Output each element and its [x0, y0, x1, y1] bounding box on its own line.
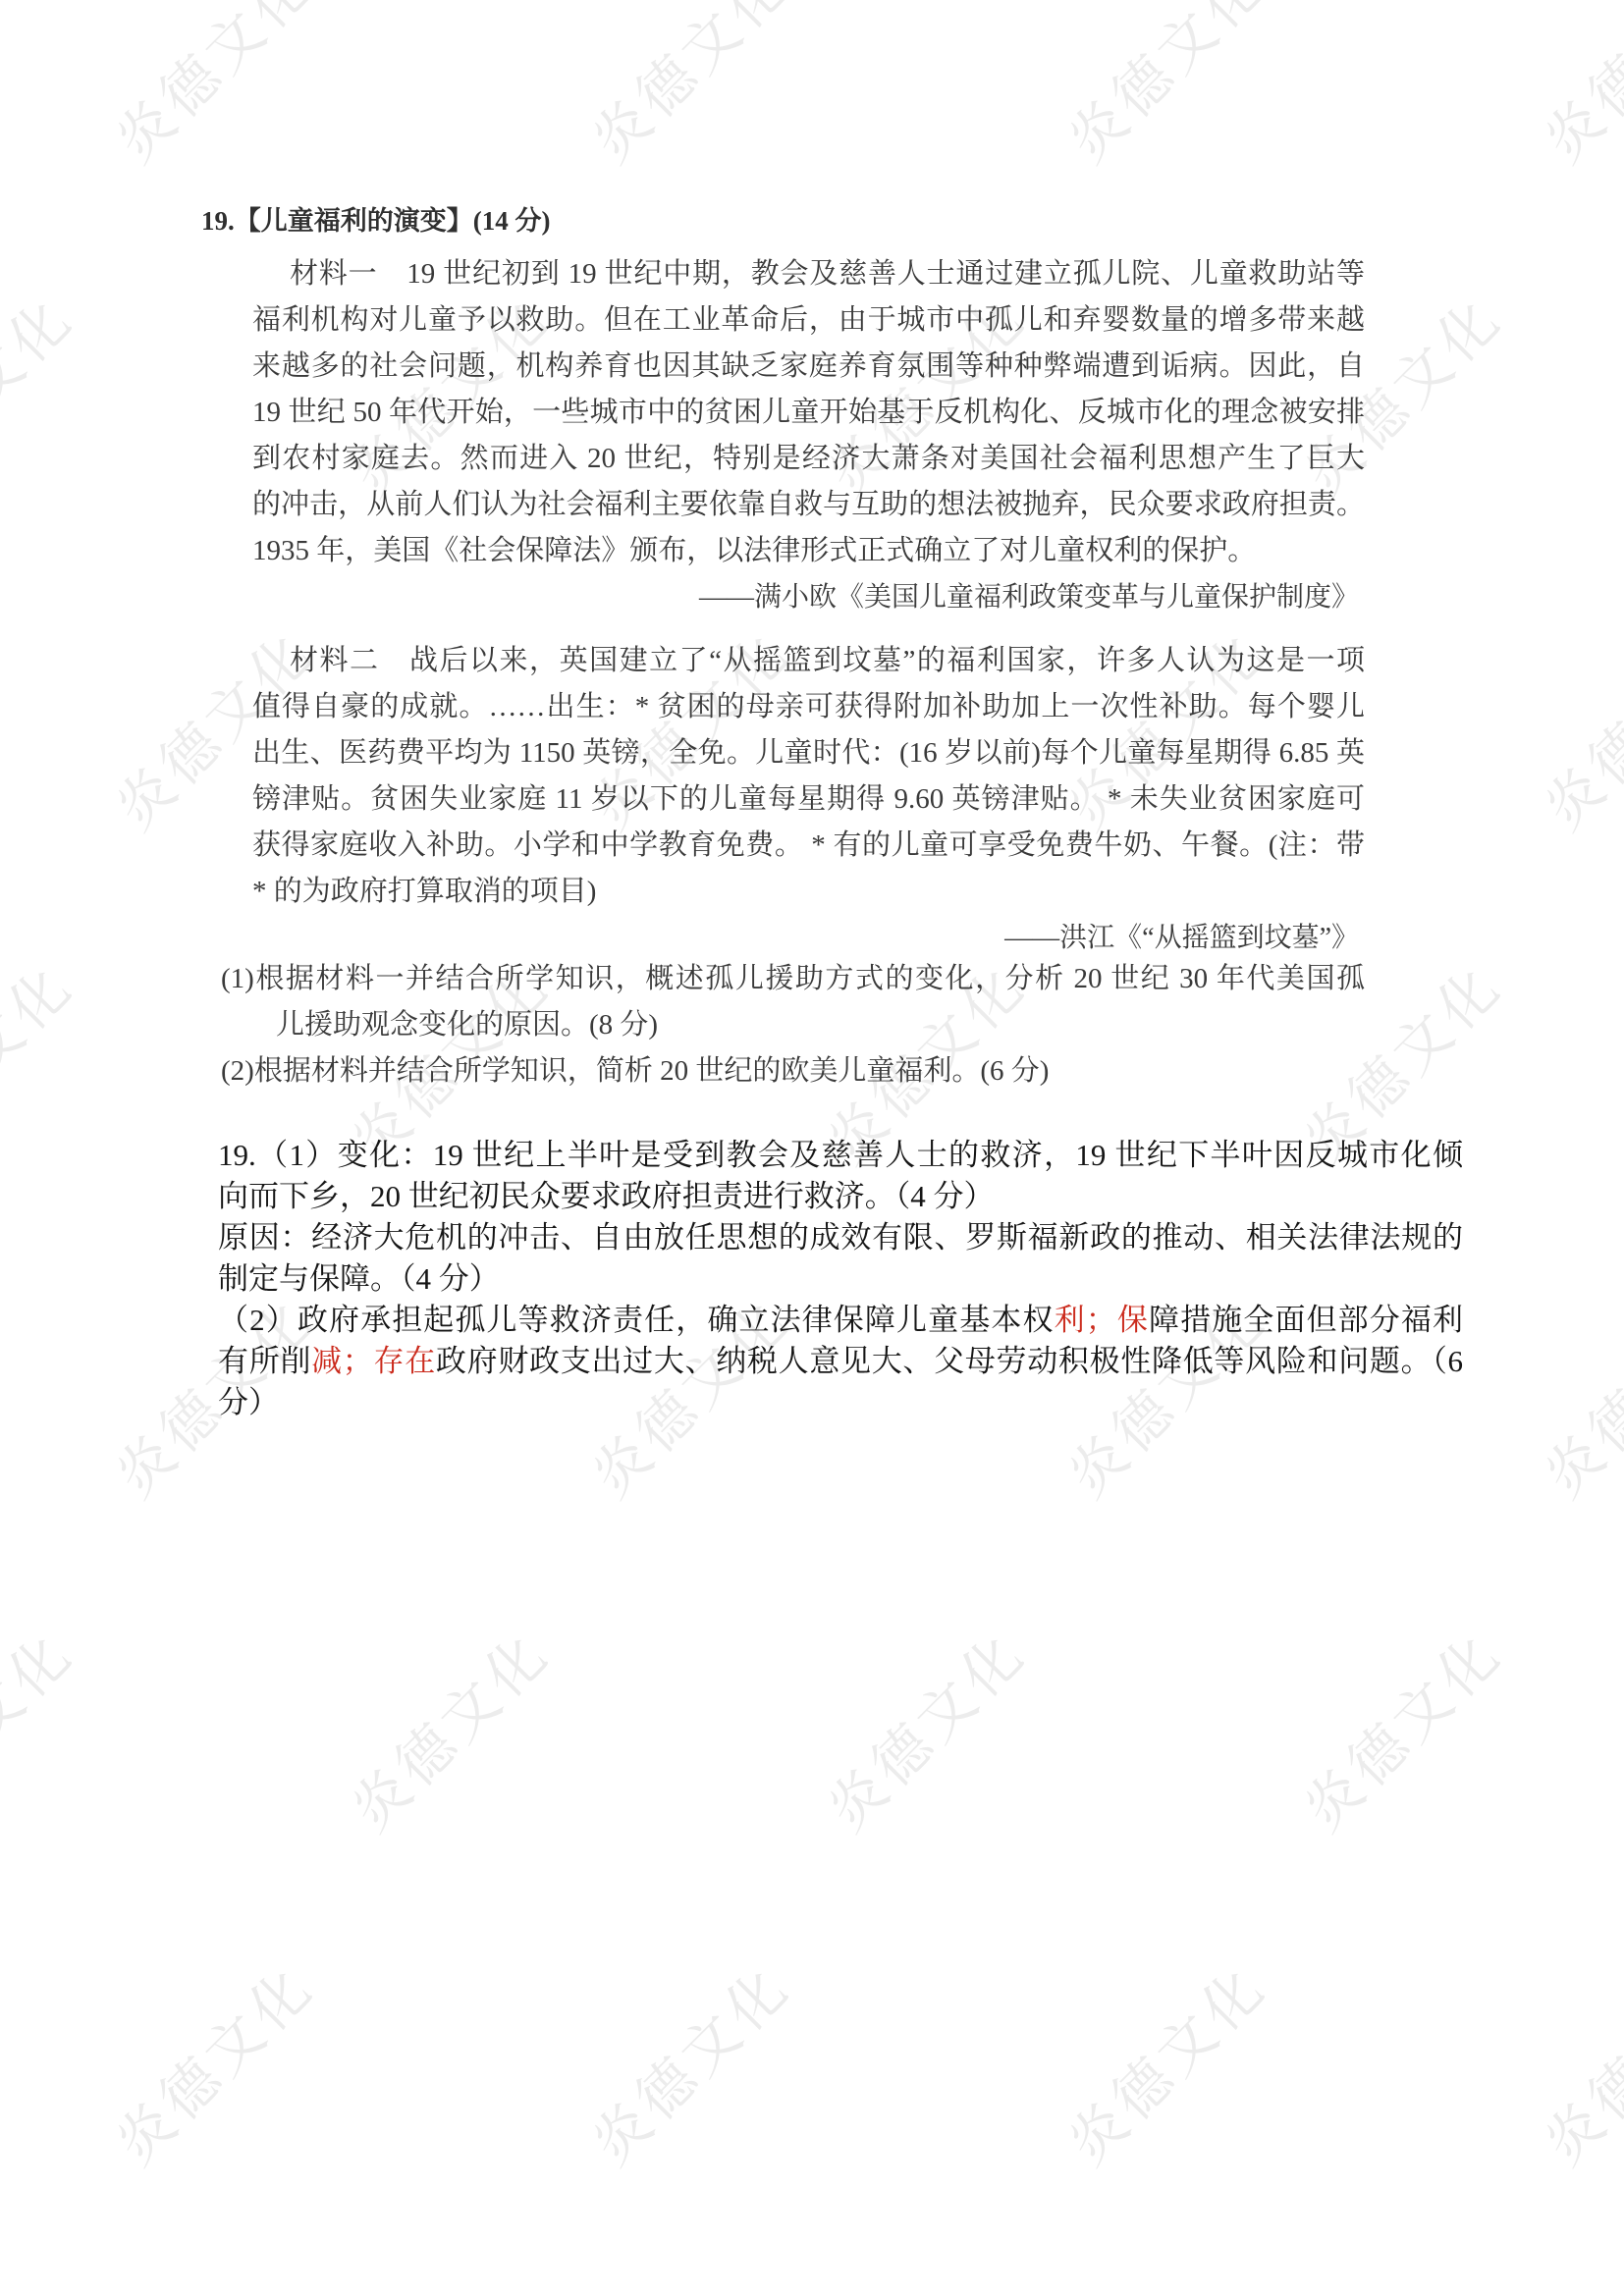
watermark: 炎德文化 — [805, 1610, 1041, 1845]
watermark: 炎德文化 — [1046, 1944, 1281, 2179]
material-line: 材料一 19 世纪初到 19 世纪中期，教会及慈善人士通过建立孤儿院、儿童救助站… — [252, 251, 1365, 297]
material-line: 材料二 战后以来，英国建立了“从摇篮到坟墓”的福利国家，许多人认为这是一项 — [252, 638, 1365, 684]
watermark: 炎德文化 — [1522, 1276, 1624, 1512]
red-highlight: 减；存在 — [311, 1344, 436, 1378]
material-line: 1935 年，美国《社会保障法》颁布，以法律形式正式确立了对儿童权利的保护。 — [252, 528, 1365, 574]
material-line: 福利机构对儿童予以救助。但在工业革命后，由于城市中孤儿和弃婴数量的增多带来越 — [252, 297, 1365, 344]
watermark: 炎德文化 — [1281, 1610, 1517, 1845]
watermark: 炎德文化 — [93, 1944, 329, 2179]
watermark: 炎德文化 — [0, 1610, 88, 1845]
material-citation: ——满小欧《美国儿童福利政策变革与儿童保护制度》 — [252, 574, 1365, 620]
answer-line: 向而下乡，20 世纪初民众要求政府担责进行救济。（4 分） — [218, 1176, 1463, 1217]
watermark: 炎德文化 — [1522, 0, 1624, 177]
answer-line: 分） — [218, 1382, 1463, 1423]
watermark: 炎德文化 — [1522, 609, 1624, 844]
material-1: 材料一 19 世纪初到 19 世纪中期，教会及慈善人士通过建立孤儿院、儿童救助站… — [252, 251, 1365, 620]
watermark: 炎德文化 — [329, 1610, 565, 1845]
watermark: 炎德文化 — [569, 0, 805, 177]
material-citation: ——洪江《“从摇篮到坟墓”》 — [252, 915, 1365, 961]
answer-line: 制定与保障。（4 分） — [218, 1258, 1463, 1300]
sub-question-line: (1)根据材料一并结合所学知识，概述孤儿援助方式的变化，分析 20 世纪 30 … — [221, 956, 1365, 1002]
material-line: * 的为政府打算取消的项目) — [252, 869, 1365, 915]
material-line: 19 世纪 50 年代开始，一些城市中的贫困儿童开始基于反机构化、反城市化的理念… — [252, 390, 1365, 436]
sub-questions: (1)根据材料一并结合所学知识，概述孤儿援助方式的变化，分析 20 世纪 30 … — [221, 956, 1365, 1095]
sub-question-line: 儿援助观念变化的原因。(8 分) — [221, 1002, 1365, 1048]
watermark: 炎德文化 — [93, 0, 329, 177]
material-line: 到农村家庭去。然而进入 20 世纪，特别是经济大萧条对美国社会福利思想产生了巨大 — [252, 436, 1365, 482]
watermark: 炎德文化 — [1522, 1944, 1624, 2179]
material-line: 镑津贴。贫困失业家庭 11 岁以下的儿童每星期得 9.60 英镑津贴。 * 未失… — [252, 776, 1365, 823]
material-2: 材料二 战后以来，英国建立了“从摇篮到坟墓”的福利国家，许多人认为这是一项值得自… — [252, 638, 1365, 961]
material-line: 获得家庭收入补助。小学和中学教育免费。 * 有的儿童可享受免费牛奶、午餐。(注：… — [252, 823, 1365, 869]
watermark: 炎德文化 — [0, 942, 88, 1178]
answer-line: 原因：经济大危机的冲击、自由放任思想的成效有限、罗斯福新政的推动、相关法律法规的 — [218, 1217, 1463, 1258]
material-line: 出生、医药费平均为 1150 英镑，全免。儿童时代：(16 岁以前)每个儿童每星… — [252, 730, 1365, 776]
red-highlight: 利；保 — [1055, 1303, 1149, 1337]
watermark: 炎德文化 — [569, 1944, 805, 2179]
material-line: 值得自豪的成就。……出生：* 贫困的母亲可获得附加补助加上一次性补助。每个婴儿 — [252, 684, 1365, 730]
watermark: 炎德文化 — [1046, 0, 1281, 177]
answer-line: （2）政府承担起孤儿等救济责任，确立法律保障儿童基本权利；保障措施全面但部分福利 — [218, 1300, 1463, 1341]
document-page: 炎德文化炎德文化炎德文化炎德文化炎德文化炎德文化炎德文化炎德文化炎德文化炎德文化… — [0, 0, 1624, 2296]
material-line: 的冲击，从前人们认为社会福利主要依靠自救与互助的想法被抛弃，民众要求政府担责。 — [252, 482, 1365, 528]
question-title: 19.【儿童福利的演变】(14 分) — [201, 199, 550, 238]
material-line: 来越多的社会问题，机构养育也因其缺乏家庭养育氛围等种种弊端遭到诟病。因此，自 — [252, 344, 1365, 390]
sub-question-line: (2)根据材料并结合所学知识，简析 20 世纪的欧美儿童福利。(6 分) — [221, 1048, 1365, 1095]
answer-line: 19.（1）变化：19 世纪上半叶是受到教会及慈善人士的救济，19 世纪下半叶因… — [218, 1135, 1463, 1176]
answer-text: 19.（1）变化：19 世纪上半叶是受到教会及慈善人士的救济，19 世纪下半叶因… — [218, 1135, 1463, 1423]
answer-line: 有所削减；存在政府财政支出过大、纳税人意见大、父母劳动积极性降低等风险和问题。（… — [218, 1341, 1463, 1382]
watermark: 炎德文化 — [0, 275, 88, 510]
